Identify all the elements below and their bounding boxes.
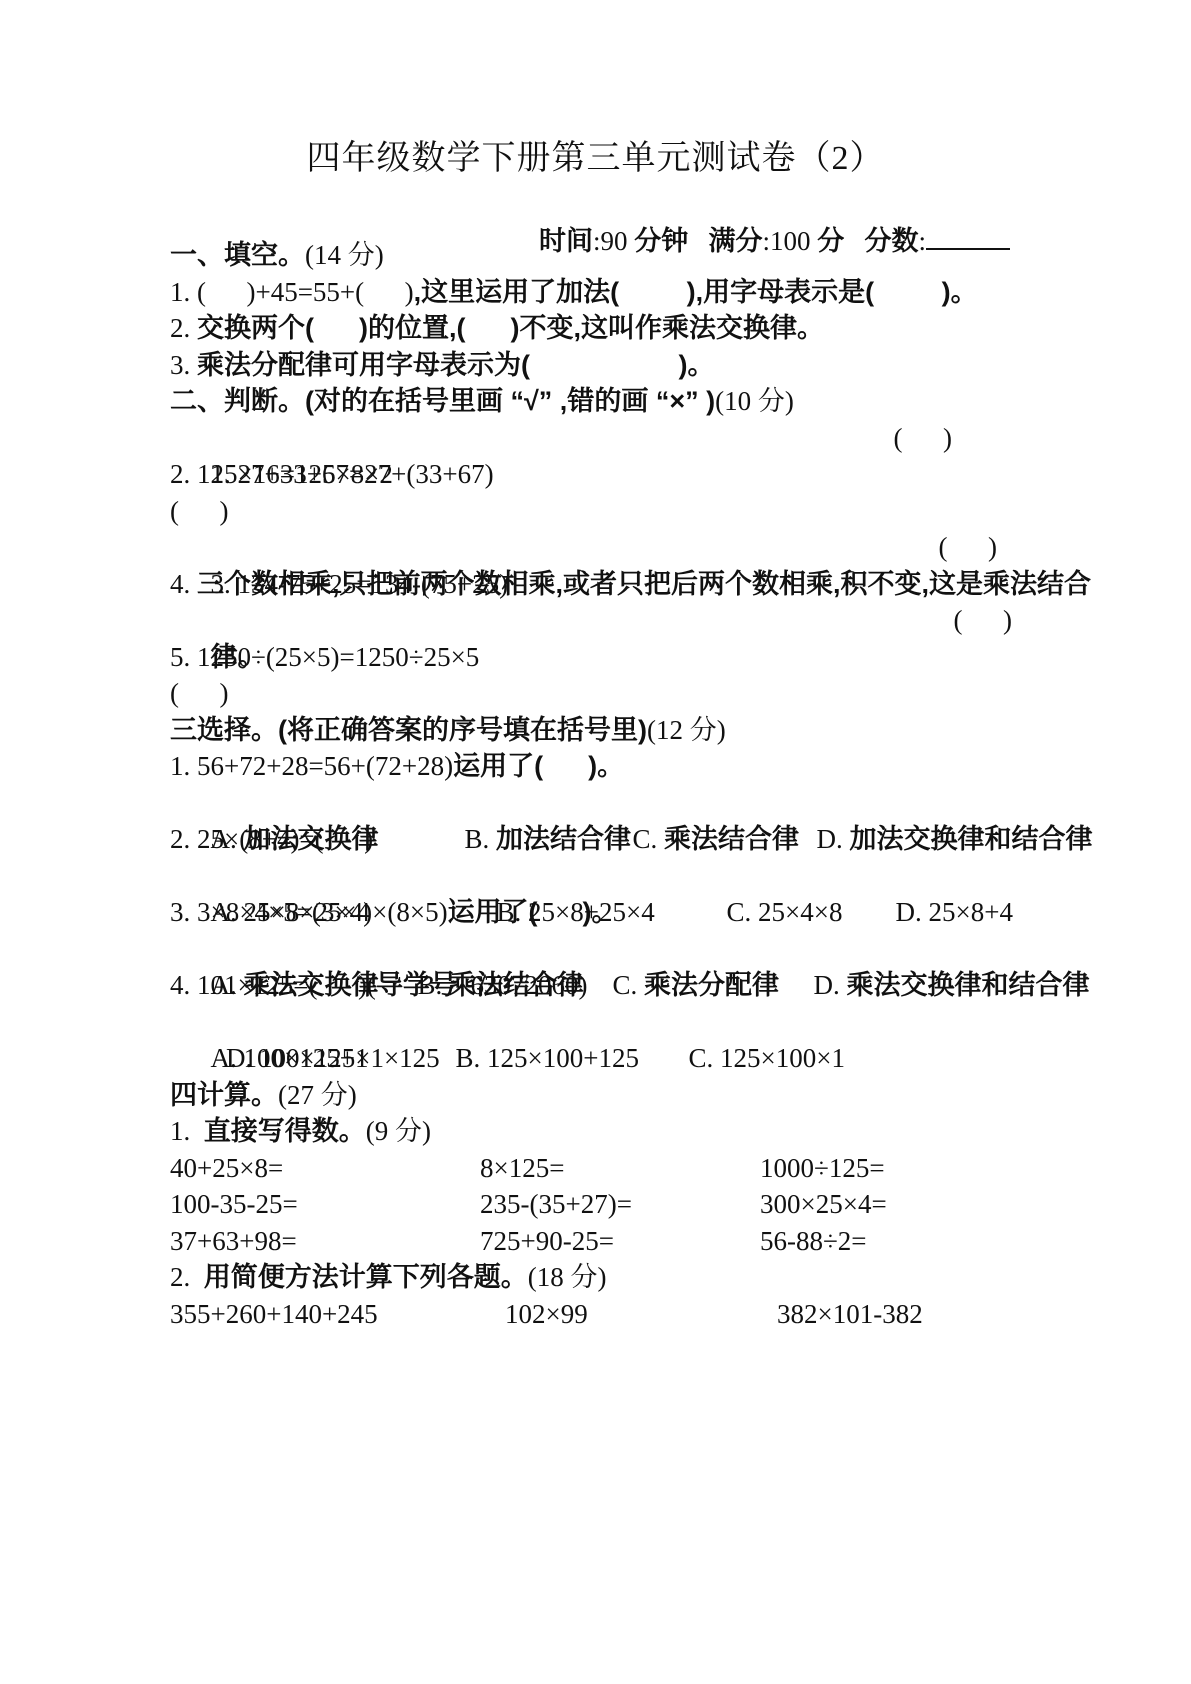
section-choice-heading: 三选择。(将正确答案的序号填在括号里)(12 分) [170, 712, 1042, 749]
choice-q3: 3. 3×8×4×5=(3×4)×(8×5)运用了( )。 [170, 894, 1042, 931]
judge-q2-answer-bracket: ( ) [170, 493, 1042, 530]
judge-q5: 5. 1250÷(25×5)=1250÷25×5 [170, 639, 1042, 676]
section-judge-heading: 二、判断。(对的在括号里画 “√” ,错的画 “×” )(10 分) [170, 383, 1042, 420]
judge-q2: 2. 125×16=125×8×2 [170, 456, 1042, 493]
fill-q2: 2. 交换两个( )的位置,( )不变,这叫作乘法交换律。 [170, 310, 1042, 347]
simplify-item: 102×99 [505, 1296, 777, 1333]
calc-sub1-heading: 1. 直接写得数。(9 分) [170, 1113, 1042, 1150]
calc-item: 8×125= [480, 1150, 760, 1187]
judge-q3-answer-bracket: ( ) [939, 529, 997, 566]
calc-sub2-heading: 2. 用简便方法计算下列各题。(18 分) [170, 1259, 1042, 1296]
calc-row-2: 100-35-25= 235-(35+27)= 300×25×4= [170, 1186, 1042, 1223]
simplify-row: 355+260+140+245 102×99 382×101-382 [170, 1296, 1042, 1333]
simplify-item: 355+260+140+245 [170, 1296, 505, 1333]
choice-q3-options: A. 乘法交换律B. 乘法结合律C. 乘法分配律D. 乘法交换律和结合律 [170, 931, 1042, 968]
judge-q4-line2: 律。 ( ) [170, 602, 1042, 639]
test-body: 一、填空。(14 分) 1. ( )+45=55+( ),这里运用了加法( ),… [170, 222, 1042, 1332]
choice-q1-options: A. 加法交换律B. 加法结合律C. 乘法结合律D. 加法交换律和结合律 [170, 785, 1042, 822]
judge-q4-line1: 4. 三个数相乘,只把前两个数相乘,或者只把后两个数相乘,积不变,这是乘法结合 [170, 566, 1042, 603]
choice-q1: 1. 56+72+28=56+(72+28)运用了( )。 [170, 748, 1042, 785]
calc-item: 235-(35+27)= [480, 1186, 760, 1223]
section-fill-heading: 一、填空。(14 分) [170, 237, 1042, 274]
fill-q1: 1. ( )+45=55+( ),这里运用了加法( ),用字母表示是( )。 [170, 274, 1042, 311]
choice-q4: 4. 101×125=( )(导学号 63072060) [170, 967, 1042, 1004]
page-title: 四年级数学下册第三单元测试卷（2） [0, 130, 1191, 179]
judge-q1: 1. 27+33+67=27+(33+67) ( ) [170, 420, 1042, 457]
calc-item: 1000÷125= [760, 1150, 885, 1187]
judge-q5-answer-bracket: ( ) [170, 675, 1042, 712]
calc-item: 56-88÷2= [760, 1223, 867, 1260]
judge-q3: 3. 134-75+25=134-(75+25) ( ) [170, 529, 1042, 566]
calc-item: 100-35-25= [170, 1186, 480, 1223]
test-paper-page: 四年级数学下册第三单元测试卷（2） 时间:90 分钟 满分:100 分 分数: … [0, 0, 1191, 1684]
calc-item: 40+25×8= [170, 1150, 480, 1187]
calc-row-1: 40+25×8= 8×125= 1000÷125= [170, 1150, 1042, 1187]
simplify-item: 382×101-382 [777, 1296, 923, 1333]
choice-q4-option-d: D. 100×125×1×125 [170, 1040, 1042, 1077]
choice-q2: 2. 25×(8+4)=( ) [170, 821, 1042, 858]
choice-q4-options: A. 100×125+1B. 125×100+125C. 125×100×1 [170, 1004, 1042, 1041]
fill-q3: 3. 乘法分配律可用字母表示为( )。 [170, 347, 1042, 384]
choice-q2-options: A. 25×8×25×4B. 25×8+25×4C. 25×4×8D. 25×8… [170, 858, 1042, 895]
section-calc-heading: 四计算。(27 分) [170, 1077, 1042, 1114]
calc-item: 300×25×4= [760, 1186, 887, 1223]
calc-item: 37+63+98= [170, 1223, 480, 1260]
calc-item: 725+90-25= [480, 1223, 760, 1260]
judge-q1-answer-bracket: ( ) [894, 420, 952, 457]
calc-row-3: 37+63+98= 725+90-25= 56-88÷2= [170, 1223, 1042, 1260]
judge-q4-answer-bracket: ( ) [954, 602, 1012, 639]
